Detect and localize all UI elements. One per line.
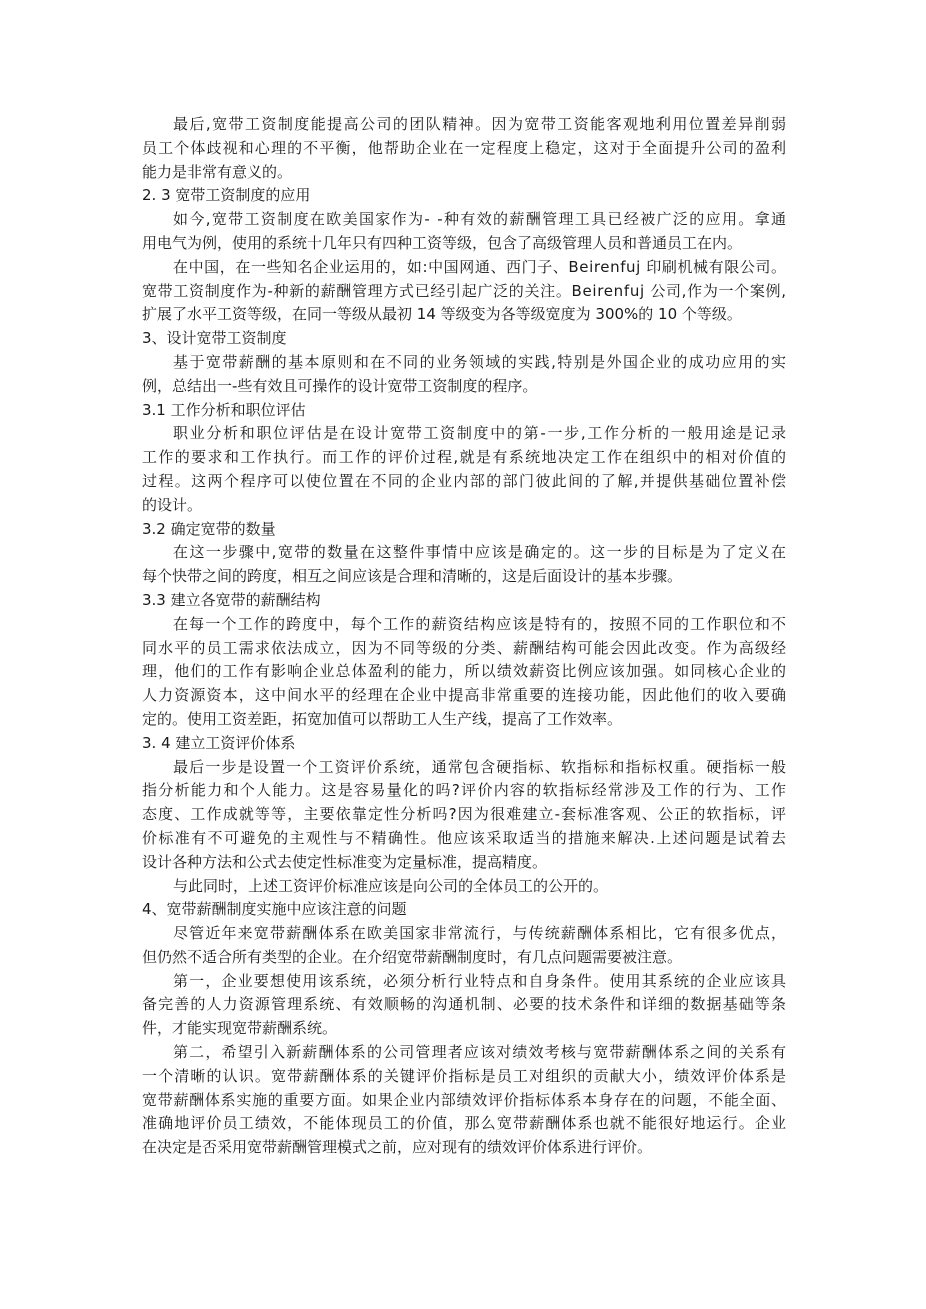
section-heading: 3.3 建立各宽带的薪酬结构 bbox=[142, 589, 786, 613]
paragraph-line: 每个快带之间的跨度，相互之间应该是合理和清晰的，这是后面设计的基本步骤。 bbox=[142, 565, 786, 589]
paragraph-line: 第一，企业要想使用该系统，必须分析行业特点和自身条件。使用其系统的企业应该具 bbox=[142, 970, 786, 994]
section-heading: 3、设计宽带工资制度 bbox=[142, 327, 786, 351]
paragraph-line: 件，才能实现宽带薪酬系统。 bbox=[142, 1017, 786, 1041]
paragraph-line: 宽带薪酬体系实施的重要方面。如果企业内部绩效评价指标体系本身存在的问题，不能全面… bbox=[142, 1089, 786, 1113]
paragraph-line: 最后一步是设置一个工资评价系统，通常包含硬指标、软指标和指标权重。硬指标一般 bbox=[142, 756, 786, 780]
paragraph-line: 态度、工作成就等等，主要依靠定性分析吗?因为很难建立-套标准客观、公正的软指标，… bbox=[142, 803, 786, 827]
section-heading: 3. 4 建立工资评价体系 bbox=[142, 732, 786, 756]
paragraph-line: 一个清晰的认识。宽带薪酬体系的关键评价指标是员工对组织的贡献大小，绩效评价体系是 bbox=[142, 1065, 786, 1089]
paragraph-line: 过程。这两个程序可以使位置在不同的企业内部的部门彼此间的了解,并提供基础位置补偿 bbox=[142, 470, 786, 494]
paragraph-line: 备完善的人力资源管理系统、有效顺畅的沟通机制、必要的技术条件和详细的数据基础等条 bbox=[142, 993, 786, 1017]
paragraph-line: 用电气为例，使用的系统十几年只有四种工资等级，包含了高级管理人员和普通员工在内。 bbox=[142, 232, 786, 256]
paragraph-line: 同水平的员工需求依法成立，因为不同等级的分类、薪酬结构可能会因此改变。作为高级经 bbox=[142, 637, 786, 661]
paragraph-line: 与此同时，上述工资评价标准应该是向公司的全体员工的公开的。 bbox=[142, 875, 786, 899]
paragraph-line: 宽带工资制度作为-种新的薪酬管理方式已经引起广泛的关注。Beirenfuj 公司… bbox=[142, 280, 786, 304]
paragraph-line: 能力是非常有意义的。 bbox=[142, 161, 786, 185]
paragraph-line: 基于宽带薪酬的基本原则和在不同的业务领域的实践,特别是外国企业的成功应用的实 bbox=[142, 351, 786, 375]
paragraph-line: 准确地评价员工绩效，不能体现员工的价值，那么宽带薪酬体系也就不能很好地运行。企业 bbox=[142, 1112, 786, 1136]
paragraph-line: 工作的要求和工作执行。而工作的评价过程,就是有系统地决定工作在组织中的相对价值的 bbox=[142, 446, 786, 470]
paragraph-line: 尽管近年来宽带薪酬体系在欧美国家非常流行，与传统薪酬体系相比，它有很多优点， bbox=[142, 922, 786, 946]
paragraph-line: 如今,宽带工资制度在欧美国家作为- -种有效的薪酬管理工具已经被广泛的应用。拿通 bbox=[142, 208, 786, 232]
paragraph-line: 第二，希望引入新薪酬体系的公司管理者应该对绩效考核与宽带薪酬体系之间的关系有 bbox=[142, 1041, 786, 1065]
section-heading: 2. 3 宽带工资制度的应用 bbox=[142, 184, 786, 208]
document-page: 最后,宽带工资制度能提高公司的团队精神。因为宽带工资能客观地利用位置差异削弱员工… bbox=[142, 113, 786, 1160]
paragraph-line: 指分析能力和个人能力。这是容易量化的吗?评价内容的软指标经常涉及工作的行为、工作 bbox=[142, 779, 786, 803]
paragraph-line: 职业分析和职位评估是在设计宽带工资制度中的第-一步,工作分析的一般用途是记录 bbox=[142, 422, 786, 446]
paragraph-line: 员工个体歧视和心理的不平衡，他帮助企业在一定程度上稳定，这对于全面提升公司的盈利 bbox=[142, 137, 786, 161]
paragraph-line: 但仍然不适合所有类型的企业。在介绍宽带薪酬制度时，有几点问题需要被注意。 bbox=[142, 946, 786, 970]
paragraph-line: 人力资源资本，这中间水平的经理在企业中提高非常重要的连接功能，因此他们的收入要确 bbox=[142, 684, 786, 708]
section-heading: 3.1 工作分析和职位评估 bbox=[142, 399, 786, 423]
paragraph-line: 最后,宽带工资制度能提高公司的团队精神。因为宽带工资能客观地利用位置差异削弱 bbox=[142, 113, 786, 137]
paragraph-line: 例，总结出一-些有效且可操作的设计宽带工资制度的程序。 bbox=[142, 375, 786, 399]
paragraph-line: 扩展了水平工资等级，在同一等级从最初 14 等级变为各等级宽度为 300%的 1… bbox=[142, 303, 786, 327]
paragraph-line: 在每一个工作的跨度中，每个工作的薪资结构应该是特有的，按照不同的工作职位和不 bbox=[142, 613, 786, 637]
paragraph-line: 在决定是否采用宽带薪酬管理模式之前，应对现有的绩效评价体系进行评价。 bbox=[142, 1136, 786, 1160]
section-heading: 4、宽带薪酬制度实施中应该注意的问题 bbox=[142, 898, 786, 922]
paragraph-line: 的设计。 bbox=[142, 494, 786, 518]
paragraph-line: 理，他们的工作有影响企业总体盈利的能力，所以绩效薪资比例应该加强。如同核心企业的 bbox=[142, 660, 786, 684]
paragraph-line: 价标准有不可避免的主观性与不精确性。他应该采取适当的措施来解决.上述问题是试着去 bbox=[142, 827, 786, 851]
section-heading: 3.2 确定宽带的数量 bbox=[142, 518, 786, 542]
paragraph-line: 设计各种方法和公式去使定性标准变为定量标准，提高精度。 bbox=[142, 851, 786, 875]
paragraph-line: 在这一步骤中,宽带的数量在这整件事情中应该是确定的。这一步的目标是为了定义在 bbox=[142, 541, 786, 565]
paragraph-line: 定的。使用工资差距，拓宽加值可以帮助工人生产线，提高了工作效率。 bbox=[142, 708, 786, 732]
paragraph-line: 在中国，在一些知名企业运用的，如:中国网通、西门子、Beirenfuj 印刷机械… bbox=[142, 256, 786, 280]
